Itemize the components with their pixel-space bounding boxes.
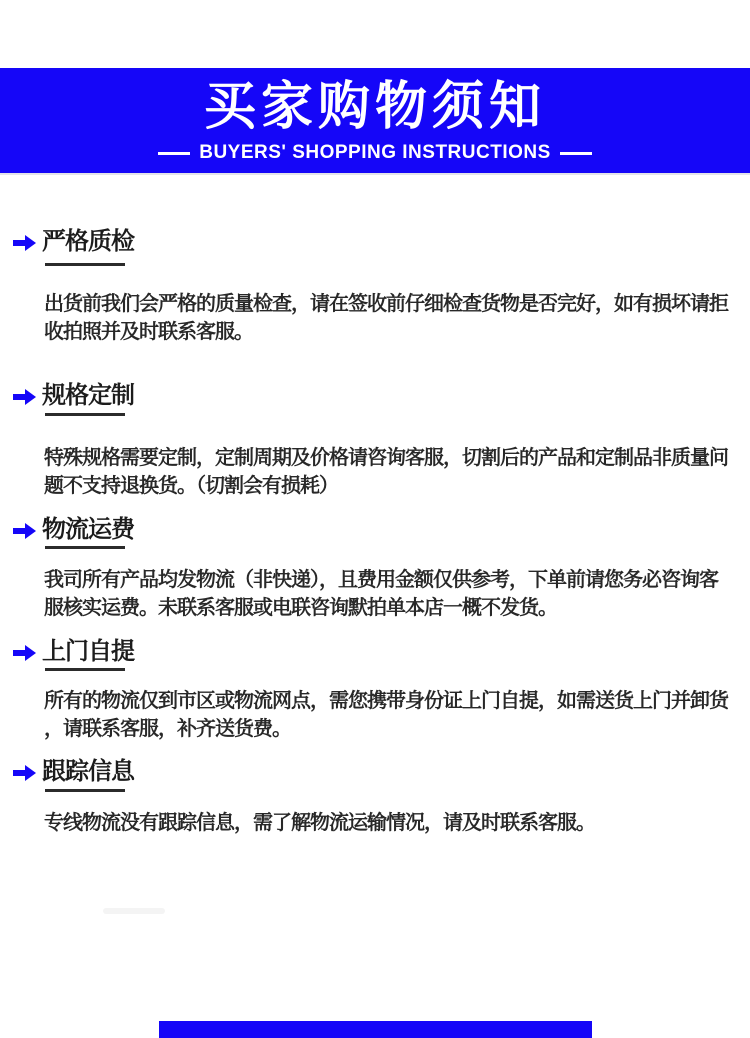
section-title: 跟踪信息 <box>42 759 134 785</box>
section-title-underline <box>45 789 125 792</box>
section-title: 物流运费 <box>42 517 134 543</box>
section-body-line: 出货前我们会严格的质量检查，请在签收前仔细检查货物是否完好，如有损坏请拒 <box>44 292 728 316</box>
right-arrow-icon <box>13 765 36 781</box>
page-subtitle: BUYERS' SHOPPING INSTRUCTIONS <box>0 142 750 164</box>
section-body-line: ，请联系客服，补齐送货费。 <box>44 717 291 741</box>
section-body-line: 所有的物流仅到市区或物流网点，需您携带身份证上门自提，如需送货上门并卸货 <box>44 689 728 713</box>
section-title-underline <box>45 263 125 266</box>
section-title: 严格质检 <box>42 229 134 255</box>
page-title: 买家购物须知 <box>0 78 750 136</box>
right-arrow-icon <box>13 235 36 251</box>
right-arrow-icon <box>13 523 36 539</box>
right-arrow-icon <box>13 389 36 405</box>
faint-smudge <box>103 908 165 914</box>
section-title-underline <box>45 668 125 671</box>
buyer-notice-page: 买家购物须知 BUYERS' SHOPPING INSTRUCTIONS 严格质… <box>0 0 750 1038</box>
subtitle-text: BUYERS' SHOPPING INSTRUCTIONS <box>199 142 551 164</box>
header-banner: 买家购物须知 BUYERS' SHOPPING INSTRUCTIONS <box>0 68 750 173</box>
section-body-line: 题不支持退换货。（切割会有损耗） <box>44 474 338 498</box>
section-body-line: 专线物流没有跟踪信息，需了解物流运输情况，请及时联系客服。 <box>44 811 595 835</box>
subtitle-left-dash <box>158 152 190 155</box>
section-title-underline <box>45 546 125 549</box>
section-title: 上门自提 <box>42 639 134 665</box>
section-body-line: 服核实运费。未联系客服或电联咨询默拍单本店一概不发货。 <box>44 596 557 620</box>
subtitle-right-dash <box>560 152 592 155</box>
section-body-line: 收拍照并及时联系客服。 <box>44 320 253 344</box>
banner-bottom-edge <box>0 173 750 175</box>
section-body-line: 我司所有产品均发物流（非快递），且费用金额仅供参考，下单前请您务必咨询客 <box>44 568 718 592</box>
right-arrow-icon <box>13 645 36 661</box>
section-body-line: 特殊规格需要定制，定制周期及价格请咨询客服，切割后的产品和定制品非质量问 <box>44 446 728 470</box>
next-module-strip <box>159 1021 592 1038</box>
section-title: 规格定制 <box>42 383 134 409</box>
section-title-underline <box>45 413 125 416</box>
